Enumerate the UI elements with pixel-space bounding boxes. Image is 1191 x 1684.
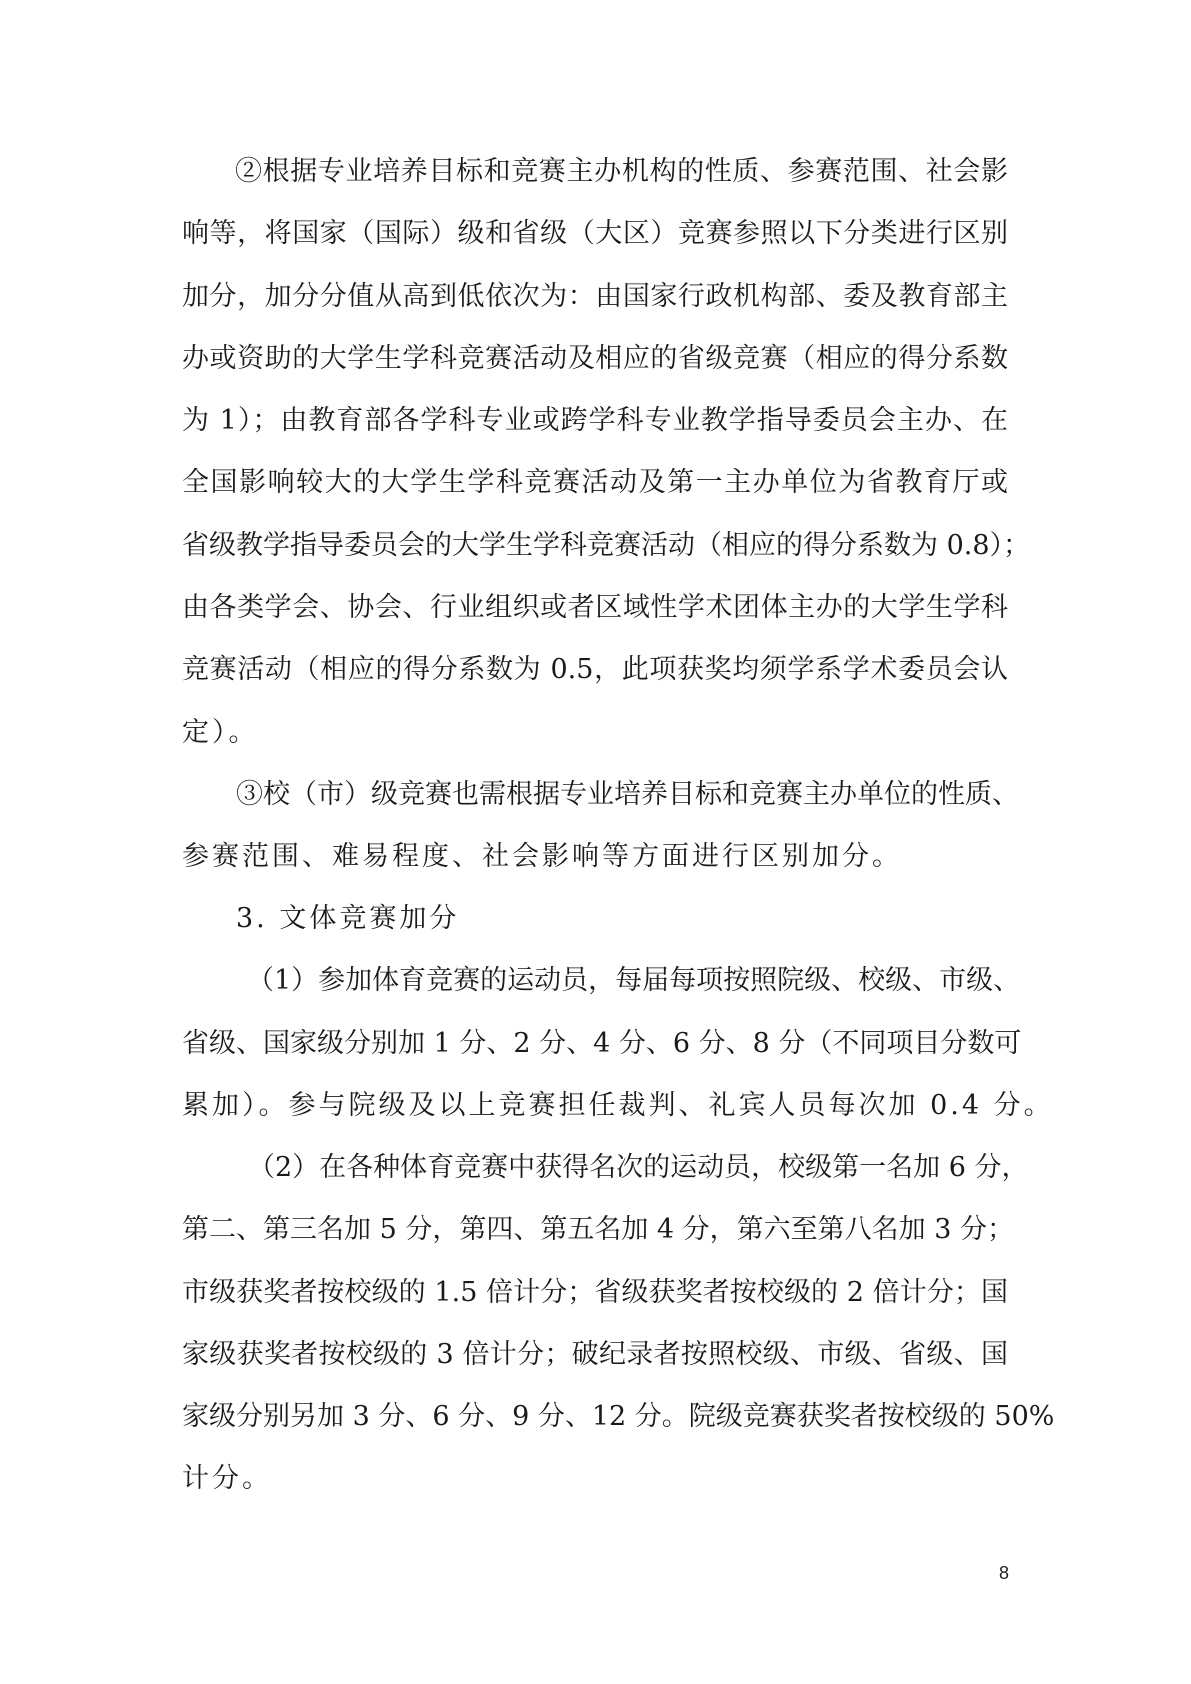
paragraph-2-line-1: ②根据专业培养目标和竞赛主办机构的性质、参赛范围、社会影 (235, 152, 1008, 192)
paragraph-2-line-10: 定）。 (182, 713, 1008, 753)
section-heading-sports: 3. 文体竞赛加分 (236, 899, 1062, 939)
paragraph-2-line-7: 省级教学指导委员会的大学生学科竞赛活动（相应的得分系数为 0.8）； (182, 526, 1020, 566)
sports-item-2-line-3: 市级获奖者按校级的 1.5 倍计分；省级获奖者按校级的 2 倍计分；国 (182, 1273, 1008, 1313)
paragraph-2-line-4: 办或资助的大学生学科竞赛活动及相应的省级竞赛（相应的得分系数 (182, 339, 1008, 379)
paragraph-2-line-3: 加分，加分分值从高到低依次为：由国家行政机构部、委及教育部主 (182, 277, 1008, 317)
sports-item-1-line-2: 省级、国家级分别加 1 分、2 分、4 分、6 分、8 分（不同项目分数可 (182, 1024, 1008, 1064)
sports-item-1-line-3: 累加）。参与院级及以上竞赛担任裁判、礼宾人员每次加 0.4 分。 (182, 1086, 1008, 1126)
paragraph-3-line-2: 参赛范围、难易程度、社会影响等方面进行区别加分。 (182, 837, 1008, 877)
document-page: ②根据专业培养目标和竞赛主办机构的性质、参赛范围、社会影 响等，将国家（国际）级… (0, 0, 1191, 1684)
paragraph-3-line-1: ③校（市）级竞赛也需根据专业培养目标和竞赛主办单位的性质、 (236, 775, 1008, 815)
sports-item-1-line-1: （1）参加体育竞赛的运动员，每届每项按照院级、校级、市级、 (247, 961, 1008, 1001)
page-number: 8 (999, 1563, 1009, 1584)
sports-item-2-line-2: 第二、第三名加 5 分，第四、第五名加 4 分，第六至第八名加 3 分； (182, 1210, 1008, 1250)
paragraph-2-line-8: 由各类学会、协会、行业组织或者区域性学术团体主办的大学生学科 (182, 588, 1008, 628)
sports-item-2-line-4: 家级获奖者按校级的 3 倍计分；破纪录者按照校级、市级、省级、国 (182, 1335, 1008, 1375)
sports-item-2-line-1: （2）在各种体育竞赛中获得名次的运动员，校级第一名加 6 分， (248, 1148, 1008, 1188)
paragraph-2-line-6: 全国影响较大的大学生学科竞赛活动及第一主办单位为省教育厅或 (182, 463, 1008, 503)
sports-item-2-line-5: 家级分别另加 3 分、6 分、9 分、12 分。院级竞赛获奖者按校级的 50% (182, 1397, 1008, 1437)
paragraph-2-line-2: 响等，将国家（国际）级和省级（大区）竞赛参照以下分类进行区别 (182, 214, 1008, 254)
sports-item-2-line-6: 计分。 (182, 1459, 1008, 1499)
paragraph-2-line-9: 竞赛活动（相应的得分系数为 0.5，此项获奖均须学系学术委员会认 (182, 650, 1008, 690)
paragraph-2-line-5: 为 1）；由教育部各学科专业或跨学科专业教学指导委员会主办、在 (182, 401, 1008, 441)
